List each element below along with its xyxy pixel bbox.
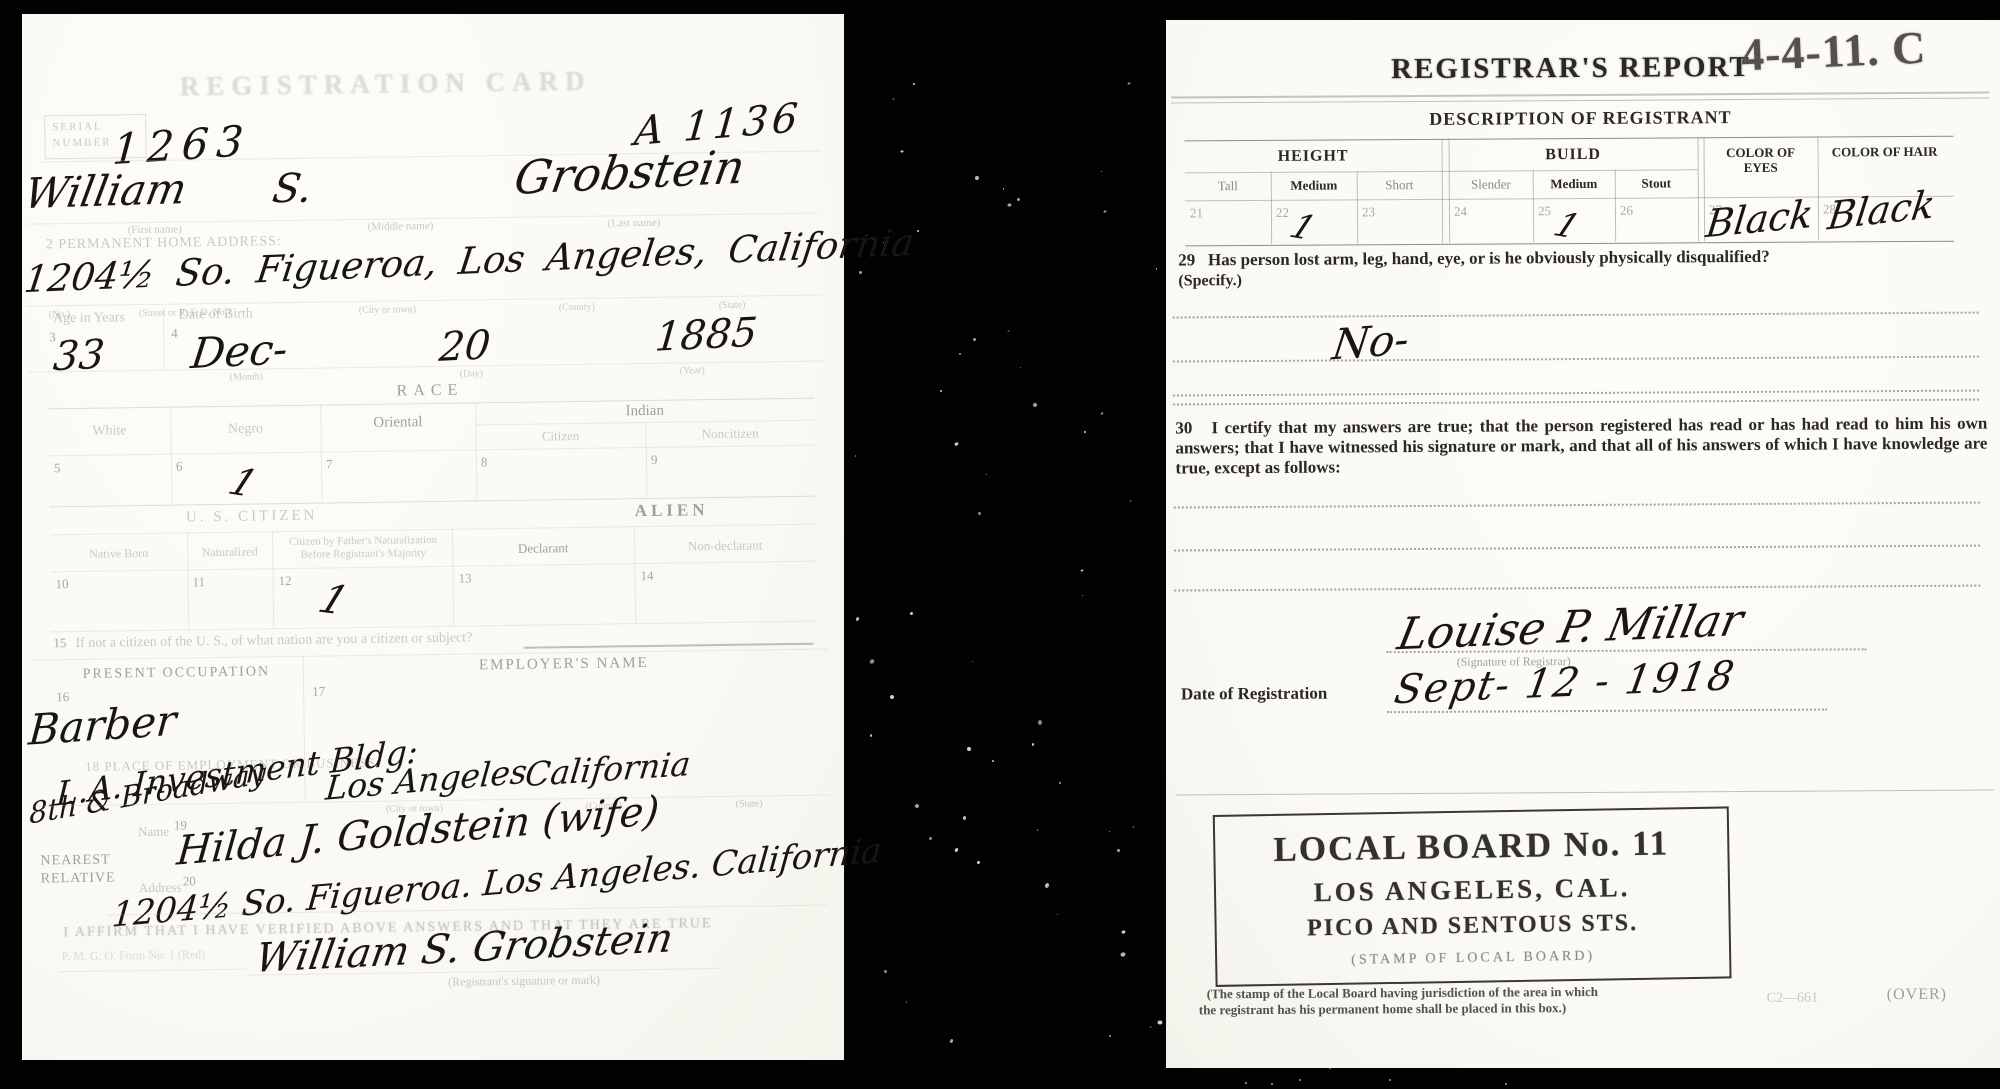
citizen-mark: 1	[312, 577, 354, 624]
dotted-line-2	[1173, 356, 1979, 363]
dust-speck	[910, 612, 914, 616]
name-sublabel-last: (Last name)	[608, 217, 661, 230]
dust-speck	[883, 969, 887, 973]
over-label: (OVER)	[1887, 986, 1947, 1004]
eyes-header: COLOR OF EYES	[1716, 145, 1806, 176]
dust-speck	[949, 1039, 954, 1044]
dotted-line-4	[1173, 399, 1979, 406]
board-stamp-line2: LOS ANGELES, CAL.	[1216, 870, 1728, 909]
employment-state: California	[523, 744, 692, 794]
us-citizen-header: U. S. CITIZEN	[102, 506, 402, 527]
description-section-title: DESCRIPTION OF REGISTRANT	[1163, 105, 1997, 131]
dust-speck	[1156, 268, 1157, 270]
scanned-draft-card-image: REGISTRATION CARD SERIAL NUMBER 1263 A 1…	[0, 0, 2000, 1089]
q15-number: 15	[53, 635, 66, 651]
dust-speck	[1007, 203, 1012, 207]
dob-sublabel-day: (Day)	[460, 368, 483, 379]
stamp-note-line2: the registrant has his permanent home sh…	[1199, 1000, 1566, 1018]
dob-day: 20	[437, 322, 492, 371]
dust-speck	[1245, 1082, 1247, 1084]
dust-speck	[1116, 848, 1120, 852]
dust-speck	[1082, 595, 1083, 596]
employment-sublabel-state: (State)	[736, 798, 763, 809]
dust-speck	[954, 442, 959, 447]
form-code-rule	[58, 969, 248, 973]
occupation-header: PRESENT OCCUPATION	[54, 664, 299, 683]
dust-speck	[1103, 210, 1106, 213]
dotted-line-1	[1173, 312, 1979, 319]
dust-speck	[972, 661, 973, 662]
dust-speck	[1044, 882, 1049, 888]
col-number-21: 21	[1190, 205, 1203, 221]
address-sublabel-county: (County)	[559, 302, 595, 314]
dust-speck	[1129, 500, 1131, 502]
dotted-line-5	[1174, 502, 1980, 509]
q29-text: Has person lost arm, leg, hand, eye, or …	[1208, 247, 1770, 269]
dust-speck	[1109, 1035, 1111, 1037]
dust-speck	[917, 230, 920, 233]
col-number-22: 22	[1276, 205, 1289, 221]
height-header: HEIGHT	[1185, 147, 1442, 167]
dust-speck	[977, 861, 981, 865]
race-label-white: White	[48, 423, 170, 441]
dob-sublabel-month: (Month)	[230, 371, 263, 382]
race-label-noncitizen: Noncitizen	[645, 425, 814, 443]
race-number-9: 9	[651, 452, 658, 468]
citizen-label-father: Citizen by Father's Naturalization Befor…	[277, 534, 449, 562]
dust-speck	[978, 512, 982, 516]
dotted-line-3	[1173, 390, 1979, 397]
registrant-signature-sublabel: (Registrant's signature or mark)	[448, 973, 600, 990]
citizen-number-12: 12	[278, 573, 291, 589]
relative-name-label: Name	[138, 824, 169, 840]
cell-number-4: 4	[171, 326, 178, 342]
registration-card-front: REGISTRATION CARD SERIAL NUMBER 1263 A 1…	[22, 14, 844, 1060]
date-of-registration-label: Date of Registration	[1181, 684, 1327, 705]
race-number-7: 7	[326, 456, 333, 472]
build-col-slender: Slender	[1449, 176, 1533, 193]
citizen-label-nondeclarant: Non-declarant	[634, 537, 816, 556]
citizen-label-naturalized: Naturalized	[187, 544, 272, 560]
dust-speck	[1389, 1079, 1391, 1081]
alien-header: ALIEN	[582, 499, 762, 522]
dust-speck	[892, 98, 894, 100]
dust-speck	[967, 747, 972, 752]
q30-paragraph: 30 I certify that my answers are true; t…	[1175, 414, 1987, 479]
name-sublabel-first: (First name)	[128, 223, 182, 236]
rule-above-stamp	[1176, 789, 1994, 795]
race-label-citizen: Citizen	[476, 427, 646, 445]
race-number-8: 8	[481, 454, 488, 470]
age-value: 33	[51, 332, 106, 381]
citizen-label-declarant: Declarant	[452, 539, 634, 558]
local-board-stamp-box: LOCAL BOARD No. 11 LOS ANGELES, CAL. PIC…	[1213, 806, 1732, 987]
board-stamp-line1: LOCAL BOARD No. 11	[1215, 822, 1728, 870]
citizen-divider-2	[272, 531, 274, 628]
citizen-number-14: 14	[640, 568, 653, 584]
dust-speck	[869, 658, 875, 664]
dust-speck	[1084, 431, 1087, 434]
dust-speck	[870, 734, 872, 737]
height-col-tall: Tall	[1185, 178, 1271, 195]
dust-speck	[1127, 82, 1130, 85]
name-last: Grobstein	[511, 139, 749, 205]
dust-speck	[1032, 743, 1034, 746]
dust-speck	[1017, 198, 1021, 202]
q15-answer-line	[524, 643, 814, 649]
dust-speck	[1271, 1083, 1273, 1085]
dust-speck	[855, 455, 857, 457]
build-col-stout: Stout	[1615, 175, 1698, 192]
nearest-relative-label-line2: RELATIVE	[41, 870, 116, 887]
board-stamp-line4: (STAMP OF LOCAL BOARD)	[1217, 946, 1729, 970]
race-label-oriental: Oriental	[320, 413, 475, 432]
build-header: BUILD	[1449, 145, 1698, 165]
race-number-5: 5	[54, 460, 61, 476]
dust-speck	[975, 176, 980, 181]
hair-header: COLOR OF HAIR	[1826, 144, 1944, 160]
cell-number-20: 20	[183, 873, 196, 889]
col-number-26: 26	[1620, 203, 1633, 219]
q30-number: 30	[1175, 418, 1192, 437]
dust-speck	[1020, 367, 1021, 368]
form-code: P. M. G. O. Form No. 1 (Red)	[62, 947, 206, 964]
dob-sublabel-year: (Year)	[680, 365, 705, 376]
report-title: REGISTRAR'S REPORT	[1391, 51, 1751, 86]
left-card-content: REGISTRATION CARD SERIAL NUMBER 1263 A 1…	[15, 8, 852, 1065]
dust-speck	[1120, 952, 1126, 958]
occupation-value: Barber	[27, 696, 178, 755]
dust-speck	[905, 1001, 907, 1003]
race-number-6: 6	[176, 458, 183, 474]
dotted-line-6	[1174, 545, 1980, 552]
q29-number: 29	[1178, 250, 1195, 269]
dust-speck	[1299, 1079, 1301, 1081]
dust-speck	[1003, 188, 1005, 190]
name-middle: S.	[269, 166, 315, 213]
dust-speck	[959, 353, 961, 355]
citizen-number-11: 11	[192, 574, 205, 590]
col-number-23: 23	[1362, 204, 1375, 220]
board-stamp-line3: PICO AND SENTOUS STS.	[1216, 908, 1728, 943]
age-label: Age in Years	[53, 310, 125, 327]
dust-speck	[1101, 171, 1102, 172]
dotted-line-7	[1174, 585, 1980, 592]
dust-speck	[973, 338, 976, 341]
right-card-content: REGISTRAR'S REPORT 4-4-11. C DESCRIPTION…	[1163, 17, 2000, 1070]
dust-speck	[900, 150, 903, 153]
dust-speck	[1157, 1020, 1162, 1024]
dust-speck	[1059, 782, 1061, 784]
col-number-24: 24	[1454, 204, 1467, 220]
print-form-code: C2—661	[1767, 991, 1818, 1007]
registrars-report-back: REGISTRAR'S REPORT 4-4-11. C DESCRIPTION…	[1166, 20, 2000, 1068]
dob-year: 1885	[653, 310, 759, 361]
dust-speck	[963, 816, 966, 820]
rule-under-address	[27, 295, 823, 307]
dust-speck	[1037, 829, 1039, 831]
build-col-medium: Medium	[1533, 176, 1615, 193]
dust-speck	[859, 271, 862, 274]
height-col-medium: Medium	[1271, 177, 1357, 194]
dust-speck	[1080, 569, 1084, 572]
address-sublabel-city: (City or town)	[359, 304, 416, 316]
date-of-registration-value: Sept- 12 - 1918	[1391, 653, 1739, 713]
employer-header: EMPLOYER'S NAME	[314, 653, 814, 677]
dust-speck	[1132, 826, 1134, 827]
height-col-short: Short	[1357, 177, 1442, 194]
dust-speck	[1007, 330, 1009, 331]
name-first: William	[21, 164, 191, 218]
citizen-number-10: 10	[56, 576, 69, 592]
dust-speck	[1038, 720, 1042, 725]
dust-speck	[914, 803, 920, 809]
citizen-label-native: Native Born	[50, 545, 187, 562]
dust-speck	[1032, 402, 1037, 407]
dust-speck	[954, 848, 959, 853]
dust-speck	[913, 83, 916, 86]
cell-number-17: 17	[312, 684, 325, 700]
citizen-number-13: 13	[458, 570, 471, 586]
dust-speck	[986, 474, 987, 475]
dust-speck	[1057, 914, 1058, 915]
address-sublabel-state: (State)	[719, 300, 746, 311]
double-rule-top-b	[1171, 98, 1989, 104]
col-number-25: 25	[1538, 203, 1551, 219]
q29-line: 29 Has person lost arm, leg, hand, eye, …	[1178, 246, 1984, 271]
name-sublabel-middle: (Middle name)	[368, 220, 434, 233]
q29-specify: (Specify.)	[1178, 272, 1242, 290]
race-header: RACE	[320, 380, 540, 401]
dob-label: Date of Birth	[179, 306, 253, 323]
q15-text: If not a citizen of the U. S., of what n…	[75, 630, 472, 652]
dust-speck	[855, 617, 859, 622]
dust-speck	[1121, 930, 1126, 934]
dust-speck	[1100, 412, 1104, 415]
q30-text: I certify that my answers are true; that…	[1175, 414, 1987, 478]
dust-speck	[1149, 1026, 1151, 1028]
citizen-subheader-bottom-rule	[50, 561, 816, 573]
dust-speck	[940, 390, 943, 393]
race-label-negro: Negro	[170, 421, 320, 439]
date-stamp-code: 4-4-11. C	[1740, 21, 1927, 82]
nearest-relative-label-line1: NEAREST	[40, 853, 110, 870]
dust-speck	[928, 836, 932, 840]
dust-speck	[1109, 831, 1110, 832]
card-title: REGISTRATION CARD	[165, 66, 605, 103]
dust-speck	[992, 760, 995, 763]
dust-speck	[1505, 1083, 1507, 1085]
dust-speck	[890, 695, 895, 700]
